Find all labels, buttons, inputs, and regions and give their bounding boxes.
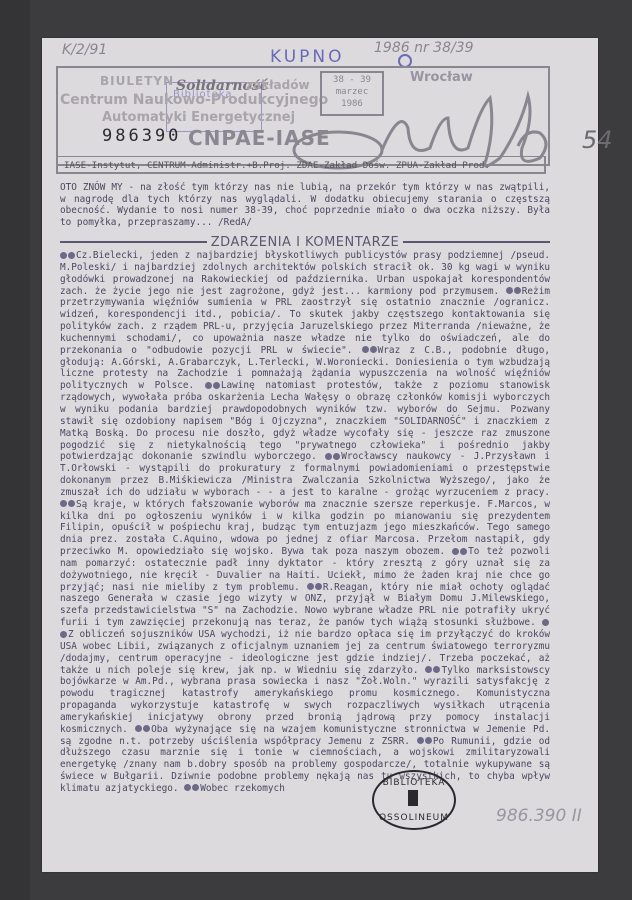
bullet-icon bbox=[362, 346, 369, 353]
stamp-text-top: BIBLIOTEKA bbox=[374, 778, 454, 788]
scanner-backing bbox=[0, 0, 30, 900]
news-item: Cz.Bielecki, jeden z najbardziej błyskot… bbox=[60, 250, 550, 297]
bullet-icon bbox=[417, 737, 424, 744]
section-title: ZDARZENIA I KOMENTARZE bbox=[207, 235, 403, 250]
bullet-icon bbox=[542, 619, 549, 626]
bullet-icon bbox=[425, 666, 432, 673]
bullet-icon bbox=[460, 548, 467, 555]
document-page: K/2/91 KUPNO 1986 nr 38/39 Biblioteka BI… bbox=[42, 38, 598, 872]
news-item: Wobec rzekomych bbox=[184, 783, 285, 794]
bullet-icon bbox=[325, 453, 332, 460]
bullet-icon bbox=[425, 737, 432, 744]
heading-rule-left bbox=[60, 241, 207, 243]
masthead-city: Wrocław bbox=[410, 70, 473, 85]
bullet-icon bbox=[315, 583, 322, 590]
purchase-stamp: KUPNO bbox=[270, 47, 344, 67]
shelf-mark: K/2/91 bbox=[62, 42, 107, 58]
page-number-note: 54 bbox=[582, 126, 613, 154]
news-item: Lawinę natomiast protestów, także z pozi… bbox=[60, 380, 550, 462]
news-body: Cz.Bielecki, jeden z najbardziej błyskot… bbox=[60, 250, 550, 795]
bullet-icon bbox=[135, 725, 142, 732]
bullet-icon bbox=[333, 453, 340, 460]
bullet-icon bbox=[60, 252, 67, 259]
issue-numbers: 38 - 39 bbox=[322, 74, 382, 86]
bullet-icon bbox=[370, 346, 377, 353]
masthead-line-biuletyn: BIULETYN bbox=[100, 74, 174, 88]
ossolineum-library-stamp: BIBLIOTEKA OSSOLINEUM bbox=[372, 770, 456, 830]
bullet-icon bbox=[68, 252, 75, 259]
bullet-icon bbox=[514, 287, 521, 294]
accession-number: 986390 bbox=[102, 126, 181, 146]
bullet-icon bbox=[307, 583, 314, 590]
intro-paragraph: OTO ZNÓW MY - na złość tym którzy nas ni… bbox=[60, 182, 550, 228]
year-issue-note: 1986 nr 38/39 bbox=[374, 40, 474, 56]
stamp-text-bottom: OSSOLINEUM bbox=[374, 813, 454, 823]
bullet-icon bbox=[452, 548, 459, 555]
bullet-icon bbox=[433, 666, 440, 673]
emblem-icon bbox=[408, 790, 418, 806]
bullet-icon bbox=[506, 287, 513, 294]
signature-note: 986.390 II bbox=[496, 806, 582, 826]
bullet-icon bbox=[213, 382, 220, 389]
masthead-footer: IASE-Instytut, CENTRUM-Administr.+B.Proj… bbox=[56, 156, 546, 174]
bullet-icon bbox=[60, 500, 67, 507]
bullet-icon bbox=[60, 631, 67, 638]
masthead-line-automatyki: Automatyki Energetycznej bbox=[102, 110, 295, 125]
bullet-icon bbox=[192, 784, 199, 791]
masthead: Biblioteka BIULETYN Solidarność zakładów… bbox=[56, 66, 550, 166]
bullet-icon bbox=[184, 784, 191, 791]
heading-rule-right bbox=[403, 241, 550, 243]
bullet-icon bbox=[143, 725, 150, 732]
bullet-icon bbox=[205, 382, 212, 389]
bullet-icon bbox=[68, 500, 75, 507]
masthead-line-centrum: Centrum Naukowo-Produkcyjnego bbox=[60, 92, 328, 108]
section-heading: ZDARZENIA I KOMENTARZE bbox=[60, 234, 550, 250]
